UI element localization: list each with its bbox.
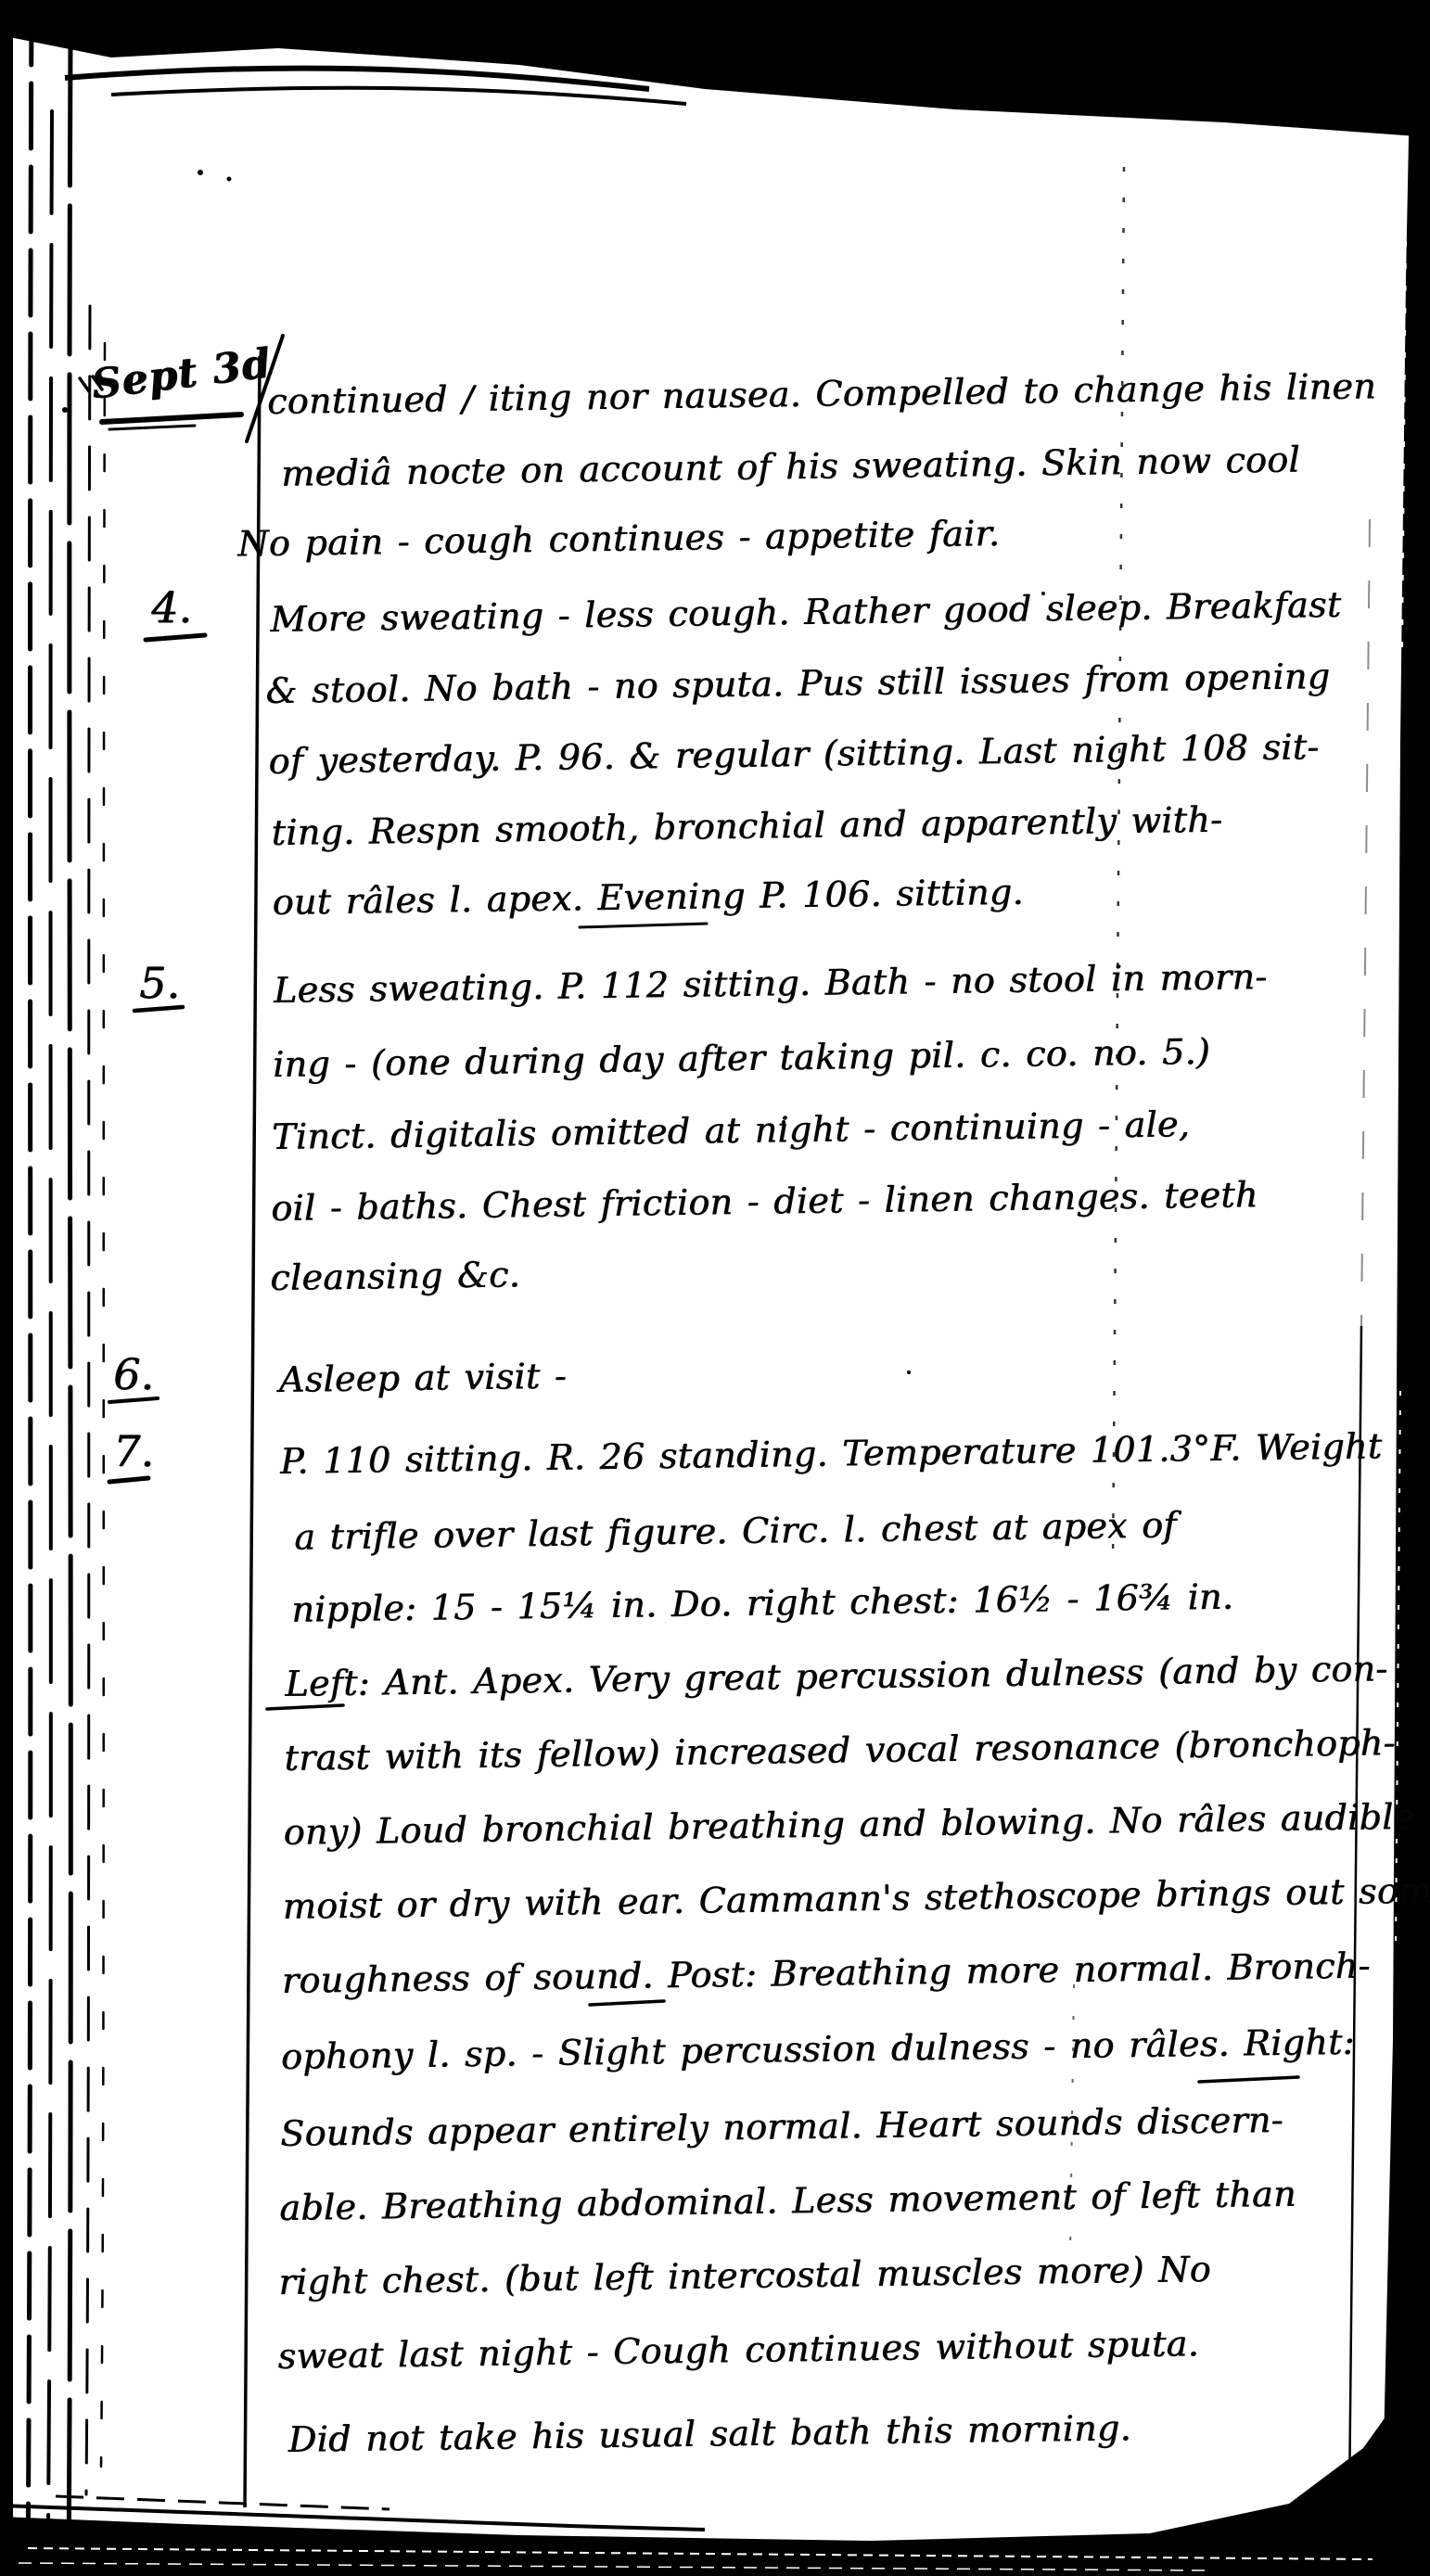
- note-line: Asleep at visit -: [278, 1355, 567, 1401]
- note-line: moist or dry with ear. Cammann's stethos…: [282, 1868, 1430, 1928]
- note-line: & stool. No bath - no sputa. Pus still i…: [265, 655, 1330, 712]
- note-line: roughness of sound. Post: Breathing more…: [281, 1945, 1370, 2002]
- note-line: trast with its fellow) increased vocal r…: [284, 1721, 1396, 1779]
- note-body: continued / iting nor nausea. Compelled …: [0, 0, 1430, 2576]
- note-line: Less sweating. P. 112 sitting. Bath - no…: [274, 955, 1268, 1012]
- note-line: ony) Loud bronchial breathing and blowin…: [283, 1795, 1414, 1854]
- note-line: nipple: 15 - 15¼ in. Do. right chest: 16…: [291, 1575, 1233, 1631]
- note-line: a trifle over last figure. Circ. l. ches…: [294, 1503, 1177, 1558]
- note-line: ing - (one during day after taking pil. …: [273, 1030, 1210, 1086]
- note-line: continued / iting nor nausea. Compelled …: [267, 364, 1376, 423]
- note-line: cleansing &c.: [270, 1253, 520, 1299]
- note-line: right chest. (but left intercostal muscl…: [278, 2248, 1211, 2303]
- note-line: ophony l. sp. - Slight percussion dulnes…: [281, 2021, 1355, 2078]
- note-line: sweat last night - Cough continues witho…: [277, 2322, 1199, 2378]
- scanned-page: Sept 3d 4. 5. 6. 7. continued / iting no…: [0, 0, 1430, 2576]
- note-line: able. Breathing abdominal. Less movement…: [279, 2173, 1296, 2229]
- note-line: oil - baths. Chest friction - diet - lin…: [271, 1173, 1258, 1230]
- note-line: out râles l. apex. Evening P. 106. sitti…: [272, 871, 1024, 924]
- note-line: More sweating - less cough. Rather good …: [270, 583, 1342, 641]
- note-line: Left: Ant. Apex. Very great percussion d…: [285, 1647, 1388, 1705]
- note-line: Tinct. digitalis omitted at night - cont…: [272, 1103, 1190, 1158]
- note-line: Sounds appear entirely normal. Heart sou…: [280, 2098, 1283, 2155]
- note-line: No pain - cough continues - appetite fai…: [237, 512, 1000, 565]
- note-line: ting. Respn smooth, bronchial and appare…: [271, 798, 1222, 854]
- note-line: mediâ nocte on account of his sweating. …: [281, 438, 1300, 494]
- note-line: P. 110 sitting. R. 26 standing. Temperat…: [280, 1424, 1383, 1483]
- note-line: of yesterday. P. 96. & regular (sitting.…: [268, 725, 1319, 783]
- note-line: Did not take his usual salt bath this mo…: [287, 2406, 1131, 2461]
